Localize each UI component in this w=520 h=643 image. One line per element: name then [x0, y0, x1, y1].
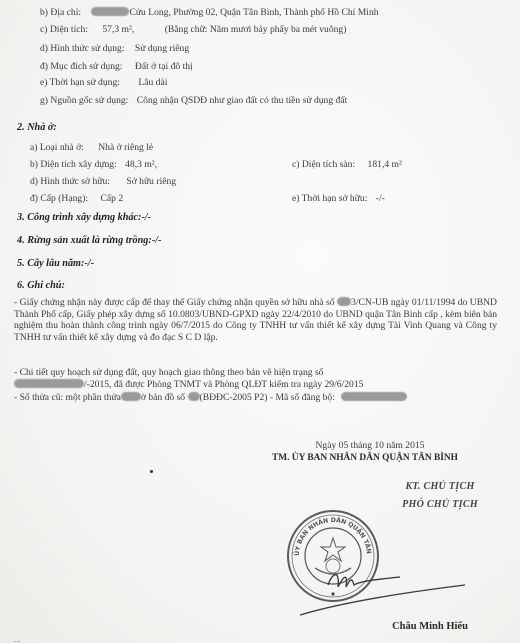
- section-heading-house: 2. Nhà ở:: [17, 122, 57, 133]
- signature-scribble-icon: [300, 555, 470, 620]
- ownership-row: d) Hình thức sở hữu: Sở hữu riêng: [30, 176, 176, 188]
- section-heading-other-works: 3. Công trình xây dựng khác:-/-: [17, 212, 151, 223]
- grade-value: Cấp 2: [100, 193, 123, 204]
- address-value: Cửu Long, Phường 02, Quận Tân Bình, Thàn…: [129, 7, 378, 18]
- purpose-value: Đất ở tại đô thị: [135, 61, 193, 72]
- signer-role-2: PHÓ CHỦ TỊCH: [390, 499, 490, 510]
- build-area-value: 48,3 m²,: [125, 159, 157, 170]
- ownership-label: d) Hình thức sở hữu:: [30, 176, 110, 187]
- redacted-drawing-number: [14, 379, 84, 388]
- build-area-label: b) Diện tích xây dựng:: [30, 159, 117, 170]
- redacted-house-number: [91, 7, 129, 16]
- area-label: c) Diện tích:: [40, 24, 88, 35]
- house-type-label: a) Loại nhà ở:: [30, 142, 84, 153]
- note-1: - Giấy chứng nhận này được cấp để thay t…: [14, 297, 497, 343]
- build-area-row: b) Diện tích xây dựng: 48,3 m²,: [30, 159, 157, 171]
- ownership-value: Sở hữu riêng: [126, 176, 176, 187]
- use-form-label: d) Hình thức sử dụng:: [40, 43, 124, 54]
- area-value: 57,3 m²,: [102, 24, 134, 35]
- origin-label: g) Nguồn gốc sử dụng:: [40, 95, 128, 106]
- note-3: - Số thửa cũ: một phần thửaờ bản đồ số (…: [14, 392, 407, 404]
- address-row: b) Địa chỉ: Cửu Long, Phường 02, Quận Tâ…: [40, 7, 379, 19]
- ownership-term-value: -/-: [376, 193, 385, 204]
- ink-dot: [150, 470, 153, 473]
- use-form-row: d) Hình thức sử dụng: Sử dụng riêng: [40, 43, 189, 55]
- footer-partial-text: ...: [14, 633, 21, 643]
- note-3-text-a: - Số thửa cũ: một phần thửa: [14, 392, 121, 403]
- section-heading-notes: 6. Ghi chú:: [17, 280, 65, 291]
- house-type-value: Nhà ở riêng lẻ: [98, 142, 153, 153]
- redacted-old-plot: [121, 392, 141, 401]
- area-row: c) Diện tích: 57,3 m², (Bằng chữ: Năm mư…: [40, 24, 346, 36]
- redacted-registry-code: [341, 392, 407, 401]
- ownership-term-row: e) Thời hạn sở hữu: -/-: [292, 193, 385, 205]
- note-2: - Chi tiết quy hoạch sử dụng đất, quy ho…: [14, 367, 497, 390]
- floor-area-label: c) Diện tích sàn:: [292, 159, 355, 170]
- floor-area-value: 181,4 m²: [368, 159, 402, 170]
- redacted-map-number: [188, 392, 200, 401]
- origin-row: g) Nguồn gốc sử dụng: Công nhận QSDĐ như…: [40, 95, 347, 107]
- term-row: e) Thời hạn sử dụng: Lâu dài: [40, 77, 167, 89]
- note-2-text-a: - Chi tiết quy hoạch sử dụng đất, quy ho…: [14, 367, 323, 378]
- section-heading-forest: 4. Rừng sản xuất là rừng trồng:-/-: [17, 235, 161, 246]
- section-heading-perennial: 5. Cây lâu năm:-/-: [17, 258, 94, 269]
- area-words: (Bằng chữ: Năm mươi bảy phẩy ba mét vuôn…: [165, 24, 347, 35]
- note-1-text-a: - Giấy chứng nhận này được cấp để thay t…: [14, 297, 335, 308]
- certificate-page: b) Địa chỉ: Cửu Long, Phường 02, Quận Tâ…: [0, 0, 520, 643]
- origin-value: Công nhận QSDĐ như giao đất có thu tiền …: [137, 95, 348, 106]
- purpose-row: đ) Mục đích sử dụng: Đất ở tại đô thị: [40, 61, 193, 73]
- date-line: Ngày 05 tháng 10 năm 2015: [250, 440, 490, 451]
- term-value: Lâu dài: [138, 77, 167, 88]
- signer-name: Châu Minh Hiếu: [370, 621, 490, 632]
- ownership-term-label: e) Thời hạn sở hữu:: [292, 193, 367, 204]
- issuing-authority: TM. ỦY BAN NHÂN DÂN QUẬN TÂN BÌNH: [230, 453, 500, 463]
- note-3-text-b: ờ bản đồ số: [141, 392, 185, 403]
- floor-area-row: c) Diện tích sàn: 181,4 m²: [292, 159, 402, 171]
- address-label: b) Địa chỉ:: [40, 7, 81, 18]
- signer-role-1: KT. CHỦ TỊCH: [390, 481, 490, 492]
- redacted-certificate-number: [337, 297, 351, 306]
- note-2-text-b: /-2015, đã được Phòng TNMT và Phòng QLĐT…: [84, 379, 363, 390]
- term-label: e) Thời hạn sử dụng:: [40, 77, 120, 88]
- grade-row: đ) Cấp (Hạng): Cấp 2: [30, 193, 123, 205]
- purpose-label: đ) Mục đích sử dụng:: [40, 61, 122, 72]
- note-3-text-c: (BĐĐC-2005 P2) - Mã số đăng bộ:: [200, 392, 335, 403]
- use-form-value: Sử dụng riêng: [135, 43, 189, 54]
- house-type-row: a) Loại nhà ở: Nhà ở riêng lẻ: [30, 142, 153, 154]
- grade-label: đ) Cấp (Hạng):: [30, 193, 88, 204]
